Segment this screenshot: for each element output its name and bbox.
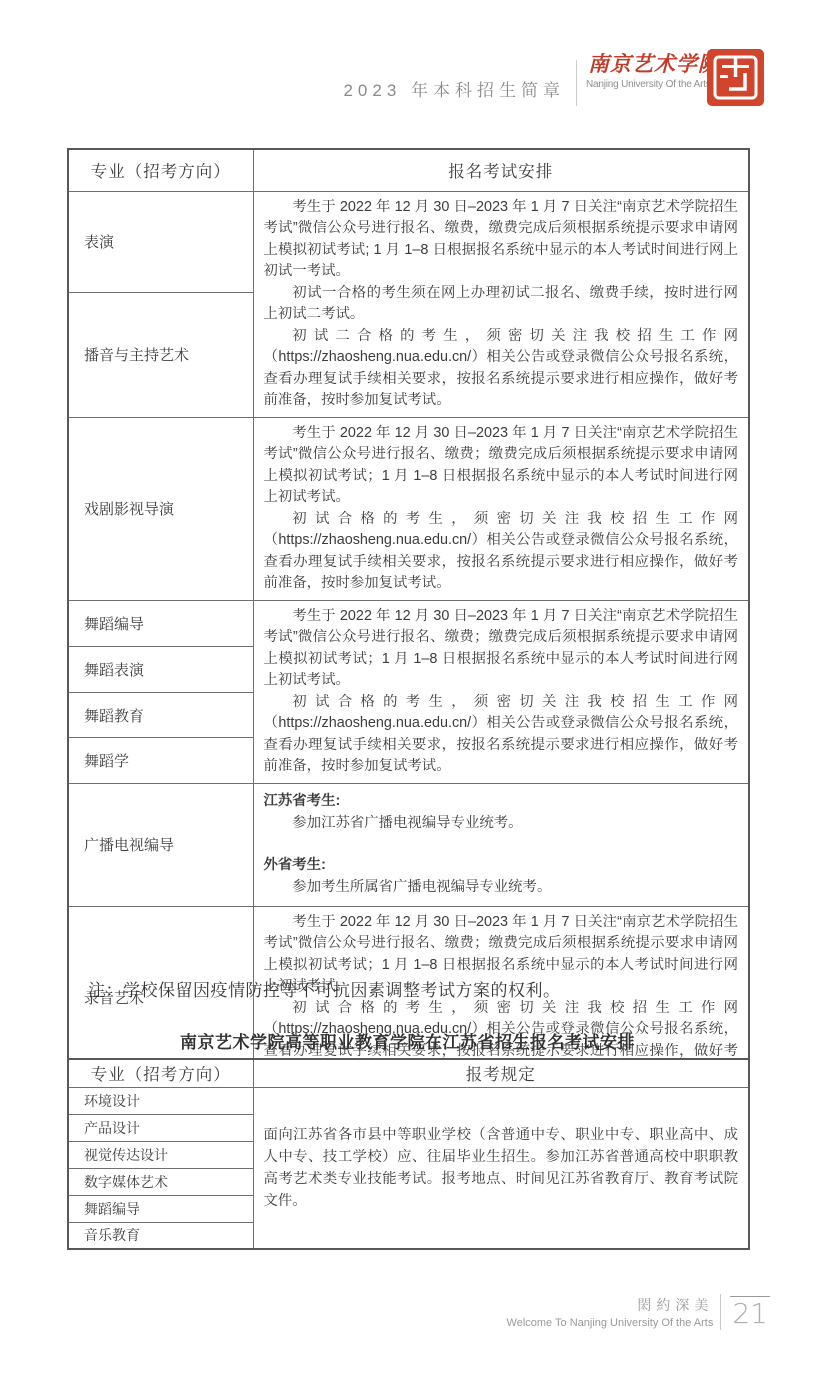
major-cell: 舞蹈编导 <box>68 1195 253 1222</box>
arrangement-paragraph: 参加江苏省广播电视编导专业统考。 <box>264 813 739 835</box>
table-row: 戏剧影视导演 考生于 2022 年 12 月 30 日–2023 年 1 月 7… <box>68 417 749 600</box>
major-cell: 音乐教育 <box>68 1222 253 1249</box>
footer-divider <box>720 1294 721 1330</box>
arrangement-cell: 江苏省考生: 参加江苏省广播电视编导专业统考。 外省考生: 参加考生所属省广播电… <box>253 783 749 906</box>
major-cell: 数字媒体艺术 <box>68 1168 253 1195</box>
footer-welcome: Welcome To Nanjing University Of the Art… <box>507 1317 714 1329</box>
arrangement-header-cell: 报名考试安排 <box>253 149 749 191</box>
table-row: 广播电视编导 江苏省考生: 参加江苏省广播电视编导专业统考。 外省考生: 参加考… <box>68 783 749 906</box>
major-cell: 舞蹈教育 <box>68 693 253 738</box>
vocational-table: 专业（招考方向） 报考规定 环境设计 面向江苏省各市县中等职业学校（含普通中专、… <box>67 1058 750 1250</box>
page-number: 21 <box>730 1296 770 1328</box>
arrangement-cell: 考生于 2022 年 12 月 30 日–2023 年 1 月 7 日关注“南京… <box>253 417 749 600</box>
regulation-paragraph: 面向江苏省各市县中等职业学校（含普通中专、职业中专、职业高中、成人中专、技工学校… <box>264 1124 739 1212</box>
arrangement-paragraph: 考生于 2022 年 12 月 30 日–2023 年 1 月 7 日关注“南京… <box>264 423 739 509</box>
major-cell: 播音与主持艺术 <box>68 293 253 417</box>
majors-header-cell: 专业（招考方向） <box>68 149 253 191</box>
major-cell: 视觉传达设计 <box>68 1141 253 1168</box>
page-footer: 閎約深美 Welcome To Nanjing University Of th… <box>507 1294 770 1330</box>
arrangement-paragraph: 初试合格的考生，须密切关注我校招生工作网（https://zhaosheng.n… <box>264 509 739 595</box>
arrangement-paragraph: 初试二合格的考生，须密切关注我校招生工作网（https://zhaosheng.… <box>264 326 739 412</box>
major-cell: 戏剧影视导演 <box>68 417 253 600</box>
note-text: 注：学校保留因疫情防控等不可抗因素调整考试方案的权利。 <box>88 976 561 1001</box>
arrangement-paragraph: 考生于 2022 年 12 月 30 日–2023 年 1 月 7 日关注“南京… <box>264 606 739 692</box>
arrangement-paragraph: 初试合格的考生，须密切关注我校招生工作网（https://zhaosheng.n… <box>264 692 739 778</box>
table-row: 舞蹈编导 考生于 2022 年 12 月 30 日–2023 年 1 月 7 日… <box>68 600 749 646</box>
arrangement-paragraph: 参加考生所属省广播电视编导专业统考。 <box>264 877 739 899</box>
table-row: 表演 考生于 2022 年 12 月 30 日–2023 年 1 月 7 日关注… <box>68 191 749 293</box>
arrangement-paragraph: 初试一合格的考生须在网上办理初试二报名、缴费手续，按时进行网上初试二考试。 <box>264 283 739 326</box>
page-title: 2023 年本科招生简章 <box>343 76 565 101</box>
candidate-group-heading: 江苏省考生: <box>264 791 739 813</box>
major-cell: 舞蹈编导 <box>68 600 253 646</box>
footer-text-block: 閎約深美 Welcome To Nanjing University Of th… <box>507 1295 714 1329</box>
section-title: 南京艺术学院高等职业教育学院在江苏省招生报名考试安排 <box>67 1028 748 1053</box>
major-cell: 广播电视编导 <box>68 783 253 906</box>
university-name-cn: 南京艺术学院 <box>588 48 718 78</box>
regulation-cell: 面向江苏省各市县中等职业学校（含普通中专、职业中专、职业高中、成人中专、技工学校… <box>253 1087 749 1249</box>
major-cell: 舞蹈学 <box>68 738 253 783</box>
regulation-header-cell: 报考规定 <box>253 1059 749 1087</box>
footer-motto: 閎約深美 <box>507 1295 714 1315</box>
nua-seal-icon <box>707 49 764 106</box>
table-row: 环境设计 面向江苏省各市县中等职业学校（含普通中专、职业中专、职业高中、成人中专… <box>68 1087 749 1114</box>
major-cell: 产品设计 <box>68 1114 253 1141</box>
seal-glyph-icon <box>707 49 764 106</box>
document-page: { "header": { "page_title": "2023 年本科招生简… <box>0 0 830 1396</box>
majors-header-cell: 专业（招考方向） <box>68 1059 253 1087</box>
major-cell: 舞蹈表演 <box>68 646 253 692</box>
major-cell: 环境设计 <box>68 1087 253 1114</box>
major-cell: 表演 <box>68 191 253 293</box>
candidate-group-heading: 外省考生: <box>264 855 739 877</box>
arrangement-paragraph: 考生于 2022 年 12 月 30 日–2023 年 1 月 7 日关注“南京… <box>264 197 739 283</box>
major-exam-table: 专业（招考方向） 报名考试安排 表演 考生于 2022 年 12 月 30 日–… <box>67 148 750 1091</box>
header-divider <box>576 60 577 106</box>
arrangement-cell: 考生于 2022 年 12 月 30 日–2023 年 1 月 7 日关注“南京… <box>253 191 749 417</box>
arrangement-cell: 考生于 2022 年 12 月 30 日–2023 年 1 月 7 日关注“南京… <box>253 600 749 783</box>
